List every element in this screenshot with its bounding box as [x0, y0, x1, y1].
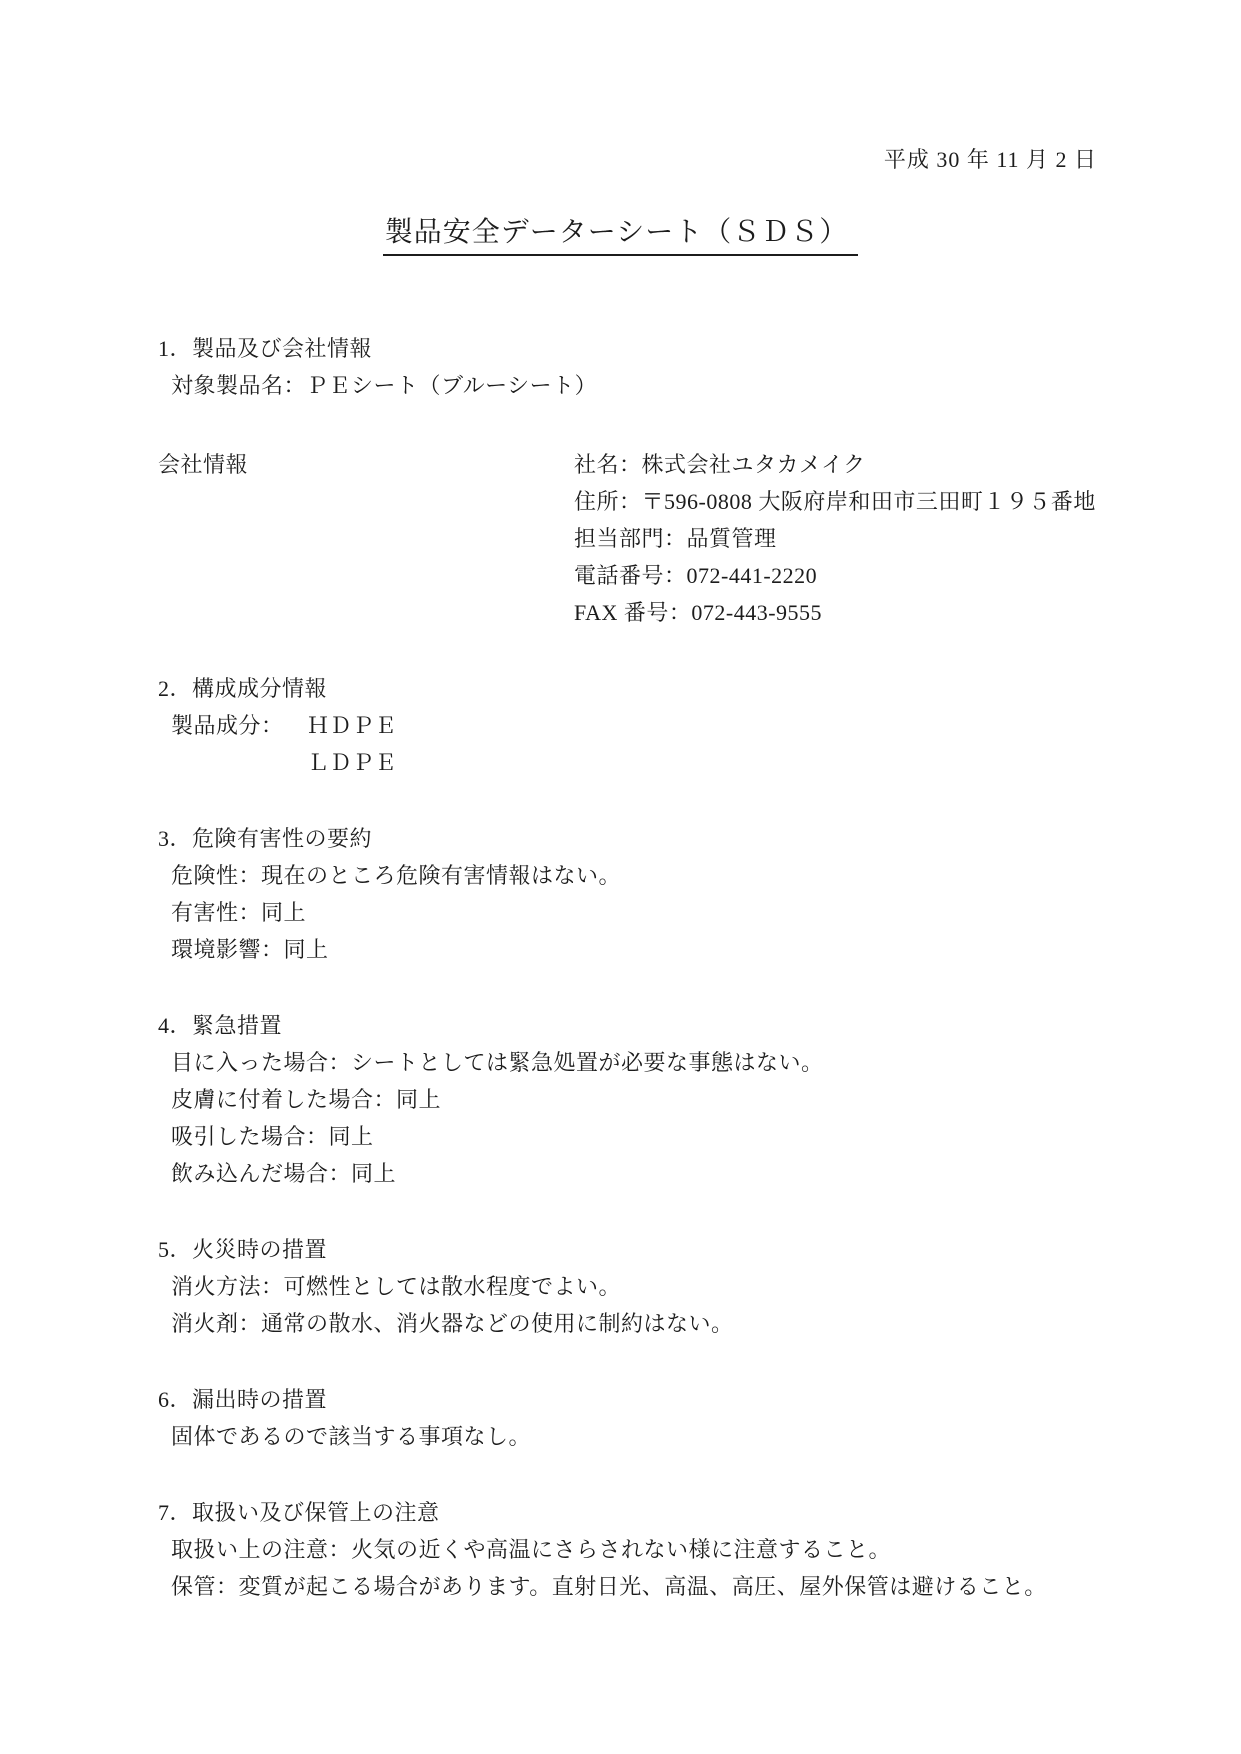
components-list: ＨＤＰＥ ＬＤＰＥ	[307, 707, 397, 781]
ingestion-line: 飲み込んだ場合：同上	[158, 1155, 1131, 1192]
leakage-line: 固体であるので該当する事項なし。	[158, 1418, 1131, 1455]
hazard-line: 危険性：現在のところ危険有害情報はない。	[158, 857, 1131, 894]
section-fire-measures: 5．火災時の措置 消火方法：可燃性としては散水程度でよい。 消火剤：通常の散水、…	[158, 1231, 1131, 1342]
company-info-label: 会社情報	[158, 446, 574, 483]
company-details: 社名：株式会社ユタカメイク 住所：〒596-0808 大阪府岸和田市三田町１９５…	[574, 446, 1096, 631]
section-heading: 3．危険有害性の要約	[158, 820, 1131, 857]
components-label: 製品成分：	[171, 707, 307, 744]
extinguishing-agent-line: 消火剤：通常の散水、消火器などの使用に制約はない。	[158, 1305, 1131, 1342]
component-item: ＬＤＰＥ	[307, 744, 397, 781]
section-handling-storage: 7．取扱い及び保管上の注意 取扱い上の注意：火気の近くや高温にさらされない様に注…	[158, 1494, 1131, 1605]
extinguishing-method-line: 消火方法：可燃性としては散水程度でよい。	[158, 1268, 1131, 1305]
sds-document-page: 平成 30 年 11 月 2 日 製品安全データーシート（ＳＤＳ） 1．製品及び…	[0, 0, 1241, 1754]
document-title-container: 製品安全データーシート（ＳＤＳ）	[0, 210, 1241, 256]
document-title: 製品安全データーシート（ＳＤＳ）	[383, 210, 858, 256]
section-heading: 1．製品及び会社情報	[158, 330, 1131, 367]
document-body: 1．製品及び会社情報 対象製品名：ＰＥシート（ブルーシート） 会社情報 社名：株…	[158, 330, 1131, 1605]
section-composition-info: 2．構成成分情報 製品成分： ＨＤＰＥ ＬＤＰＥ	[158, 670, 1131, 781]
company-fax-line: FAX 番号：072-443-9555	[574, 594, 1096, 631]
company-department-line: 担当部門：品質管理	[574, 520, 1096, 557]
section-heading: 2．構成成分情報	[158, 670, 1131, 707]
components-row: 製品成分： ＨＤＰＥ ＬＤＰＥ	[158, 707, 1131, 781]
company-name-line: 社名：株式会社ユタカメイク	[574, 446, 1096, 483]
company-phone-line: 電話番号：072-441-2220	[574, 557, 1096, 594]
section-emergency-measures: 4．緊急措置 目に入った場合：シートとしては緊急処置が必要な事態はない。 皮膚に…	[158, 1007, 1131, 1192]
document-date: 平成 30 年 11 月 2 日	[884, 143, 1097, 174]
environment-line: 環境影響：同上	[158, 931, 1131, 968]
company-address-line: 住所：〒596-0808 大阪府岸和田市三田町１９５番地	[574, 483, 1096, 520]
section-hazard-summary: 3．危険有害性の要約 危険性：現在のところ危険有害情報はない。 有害性：同上 環…	[158, 820, 1131, 968]
section-heading: 7．取扱い及び保管上の注意	[158, 1494, 1131, 1531]
storage-line: 保管：変質が起こる場合があります。直射日光、高温、高圧、屋外保管は避けること。	[158, 1568, 1131, 1605]
eye-contact-line: 目に入った場合：シートとしては緊急処置が必要な事態はない。	[158, 1044, 1131, 1081]
skin-contact-line: 皮膚に付着した場合：同上	[158, 1081, 1131, 1118]
handling-caution-line: 取扱い上の注意：火気の近くや高温にさらされない様に注意すること。	[158, 1531, 1131, 1568]
component-item: ＨＤＰＥ	[307, 707, 397, 744]
product-name-line: 対象製品名：ＰＥシート（ブルーシート）	[158, 367, 1131, 404]
section-heading: 6．漏出時の措置	[158, 1381, 1131, 1418]
section-heading: 4．緊急措置	[158, 1007, 1131, 1044]
company-info-row: 会社情報 社名：株式会社ユタカメイク 住所：〒596-0808 大阪府岸和田市三…	[158, 446, 1131, 631]
section-product-company-info: 1．製品及び会社情報 対象製品名：ＰＥシート（ブルーシート） 会社情報 社名：株…	[158, 330, 1131, 631]
section-heading: 5．火災時の措置	[158, 1231, 1131, 1268]
inhalation-line: 吸引した場合：同上	[158, 1118, 1131, 1155]
toxicity-line: 有害性：同上	[158, 894, 1131, 931]
section-leakage-measures: 6．漏出時の措置 固体であるので該当する事項なし。	[158, 1381, 1131, 1455]
